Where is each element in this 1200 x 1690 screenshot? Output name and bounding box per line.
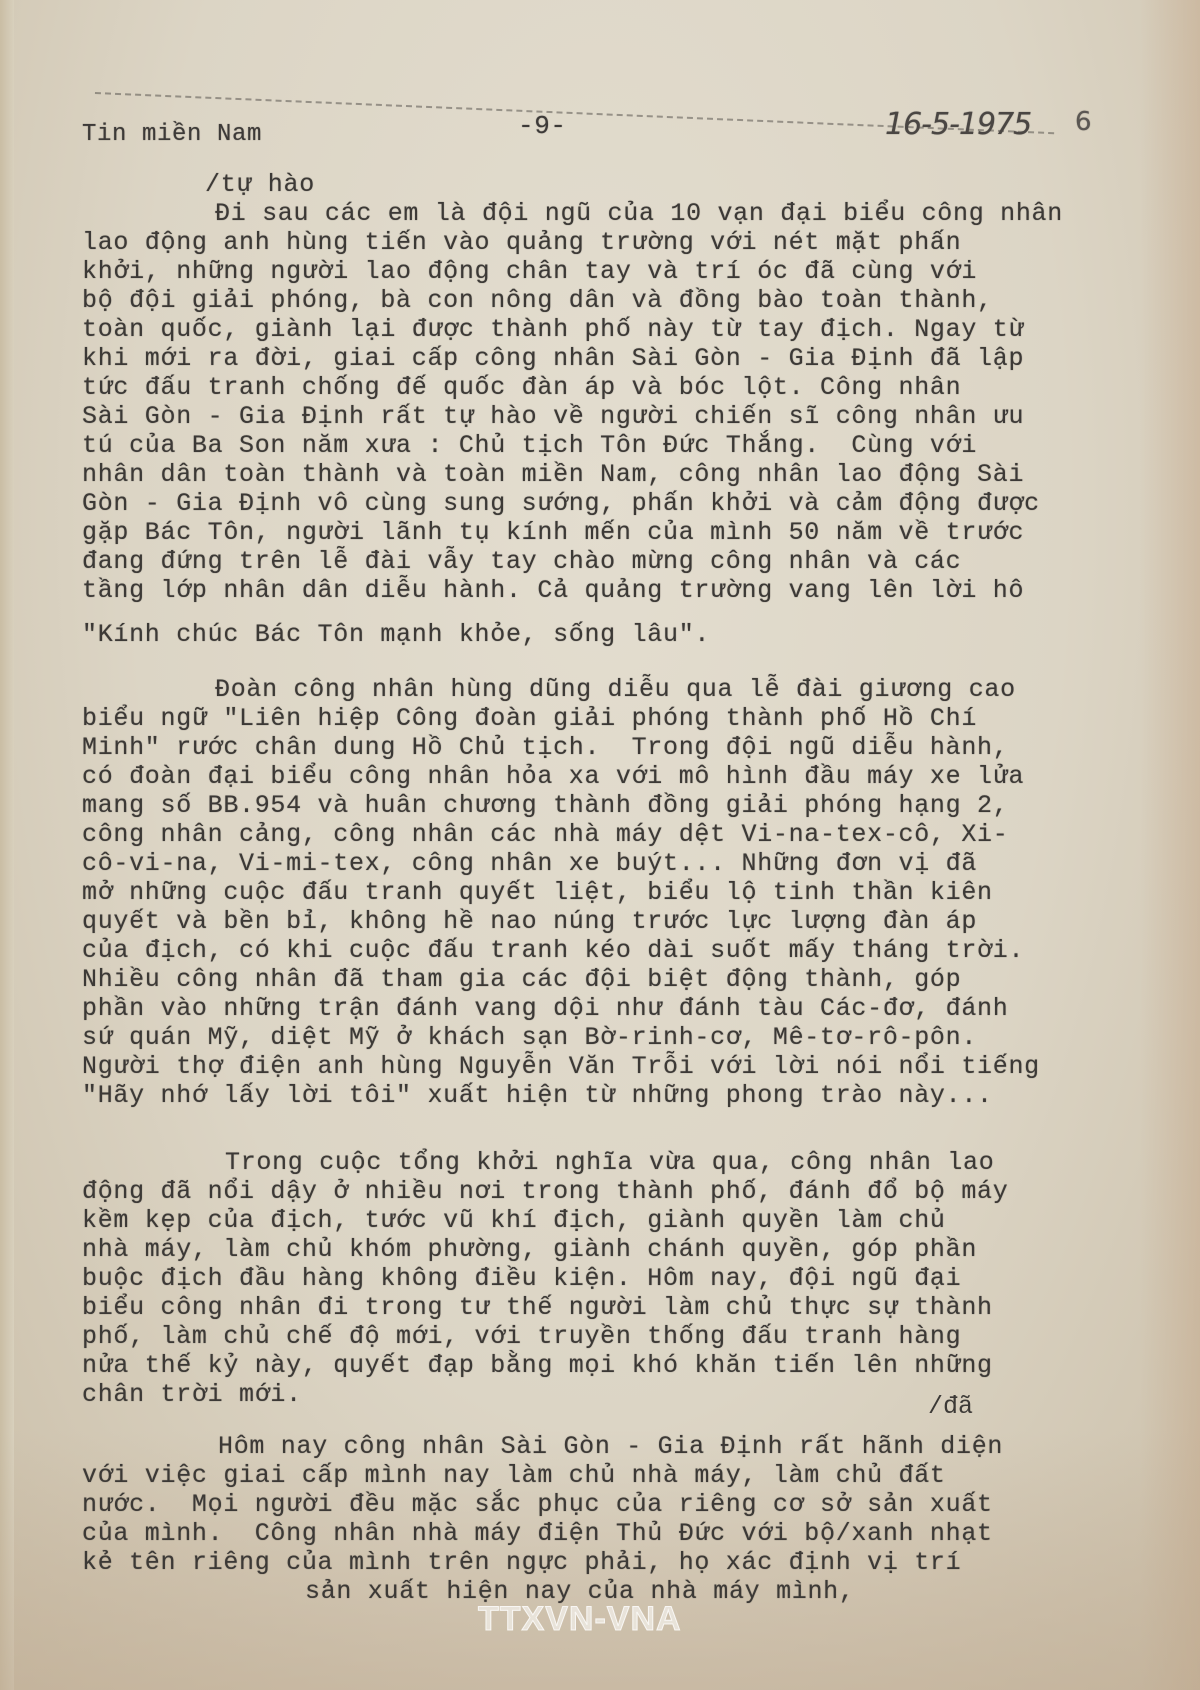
text-line: đang đứng trên lễ đài vẫy tay chào mừng … xyxy=(82,547,961,576)
text-line: Nhiều công nhân đã tham gia các đội biệt… xyxy=(82,965,961,994)
text-line: Gòn - Gia Định vô cùng sung sướng, phấn … xyxy=(82,489,1040,518)
text-line: động đã nổi dậy ở nhiều nơi trong thành … xyxy=(82,1177,1008,1206)
text-line: Sài Gòn - Gia Định rất tự hào về người c… xyxy=(82,402,1024,431)
header-section-title: Tin miền Nam xyxy=(82,121,262,148)
text-line: khi mới ra đời, giai cấp công nhân Sài G… xyxy=(82,344,1024,373)
text-line: Trong cuộc tổng khởi nghĩa vừa qua, công… xyxy=(225,1148,994,1177)
text-line: mở những cuộc đấu tranh quyết liệt, biểu… xyxy=(82,878,993,907)
end-slug: /đã xyxy=(928,1392,973,1421)
text-line: kẻ tên riêng của mình trên ngực phải, họ… xyxy=(82,1548,961,1577)
text-line: nhà máy, làm chủ khóm phường, giành chán… xyxy=(82,1235,977,1264)
text-line: tú của Ba Son năm xưa : Chủ tịch Tôn Đức… xyxy=(82,431,977,460)
text-line: biểu công nhân đi trong tư thế người làm… xyxy=(82,1293,993,1322)
document-page: Tin miền Nam -9- 16-5-1975 6 /tự hào Đi … xyxy=(0,0,1200,1690)
text-line: Đi sau các em là đội ngũ của 10 vạn đại … xyxy=(215,199,1063,228)
text-line: phần vào những trận đánh vang dội như đá… xyxy=(82,994,1008,1023)
text-line: Người thợ điện anh hùng Nguyễn Văn Trỗi … xyxy=(82,1052,1040,1081)
text-line: gặp Bác Tôn, người lãnh tụ kính mến của … xyxy=(82,518,1024,547)
text-line: Đoàn công nhân hùng dũng diễu qua lễ đài… xyxy=(215,675,1016,704)
text-line: của mình. Công nhân nhà máy điện Thủ Đức… xyxy=(82,1519,993,1548)
text-line: Minh" rước chân dung Hồ Chủ tịch. Trong … xyxy=(82,733,1008,762)
page-number: -9- xyxy=(518,111,567,141)
text-line: nước. Mọi người đều mặc sắc phục của riê… xyxy=(82,1490,993,1519)
text-line: kềm kẹp của địch, tước vũ khí địch, giàn… xyxy=(82,1206,946,1235)
text-line: "Kính chúc Bác Tôn mạnh khỏe, sống lâu". xyxy=(82,620,710,649)
text-line: nhân dân toàn thành và toàn miền Nam, cô… xyxy=(82,460,1024,489)
text-line: của địch, có khi cuộc đấu tranh kéo dài … xyxy=(82,936,1024,965)
text-line: phố, làm chủ chế độ mới, với truyền thốn… xyxy=(82,1322,961,1351)
text-line: sứ quán Mỹ, diệt Mỹ ở khách sạn Bờ-rinh-… xyxy=(82,1023,977,1052)
agency-watermark: TTXVN-VNA xyxy=(478,1600,682,1639)
text-line: mang số BB.954 và huân chương thành đồng… xyxy=(82,791,1008,820)
handwritten-mark: 6 xyxy=(1075,107,1092,137)
handwritten-date: 16-5-1975 xyxy=(885,107,1031,142)
text-line: Hôm nay công nhân Sài Gòn - Gia Định rất… xyxy=(218,1432,1003,1461)
text-line: khởi, những người lao động chân tay và t… xyxy=(82,257,977,286)
text-line: với việc giai cấp mình nay làm chủ nhà m… xyxy=(82,1461,946,1490)
text-line: có đoàn đại biểu công nhân hỏa xa với mô… xyxy=(82,762,1024,791)
text-line: chân trời mới. xyxy=(82,1380,302,1409)
continuation-tag: /tự hào xyxy=(205,170,315,199)
text-line: biểu ngữ "Liên hiệp Công đoàn giải phóng… xyxy=(82,704,977,733)
text-line: lao động anh hùng tiến vào quảng trường … xyxy=(82,228,961,257)
text-line: công nhân cảng, công nhân các nhà máy dệ… xyxy=(82,820,1008,849)
text-line: "Hãy nhớ lấy lời tôi" xuất hiện từ những… xyxy=(82,1081,993,1110)
text-line: tầng lớp nhân dân diễu hành. Cả quảng tr… xyxy=(82,576,1024,605)
text-line: nửa thế kỷ này, quyết đạp bằng mọi khó k… xyxy=(82,1351,993,1380)
text-line: quyết và bền bỉ, không hề nao núng trước… xyxy=(82,907,977,936)
text-line: toàn quốc, giành lại được thành phố này … xyxy=(82,315,1024,344)
text-line: bộ đội giải phóng, bà con nông dân và đồ… xyxy=(82,286,993,315)
text-line: buộc địch đầu hàng không điều kiện. Hôm … xyxy=(82,1264,961,1293)
text-line: cô-vi-na, Vi-mi-tex, công nhân xe buýt..… xyxy=(82,849,977,878)
text-line: tức đấu tranh chống đế quốc đàn áp và bó… xyxy=(82,373,961,402)
